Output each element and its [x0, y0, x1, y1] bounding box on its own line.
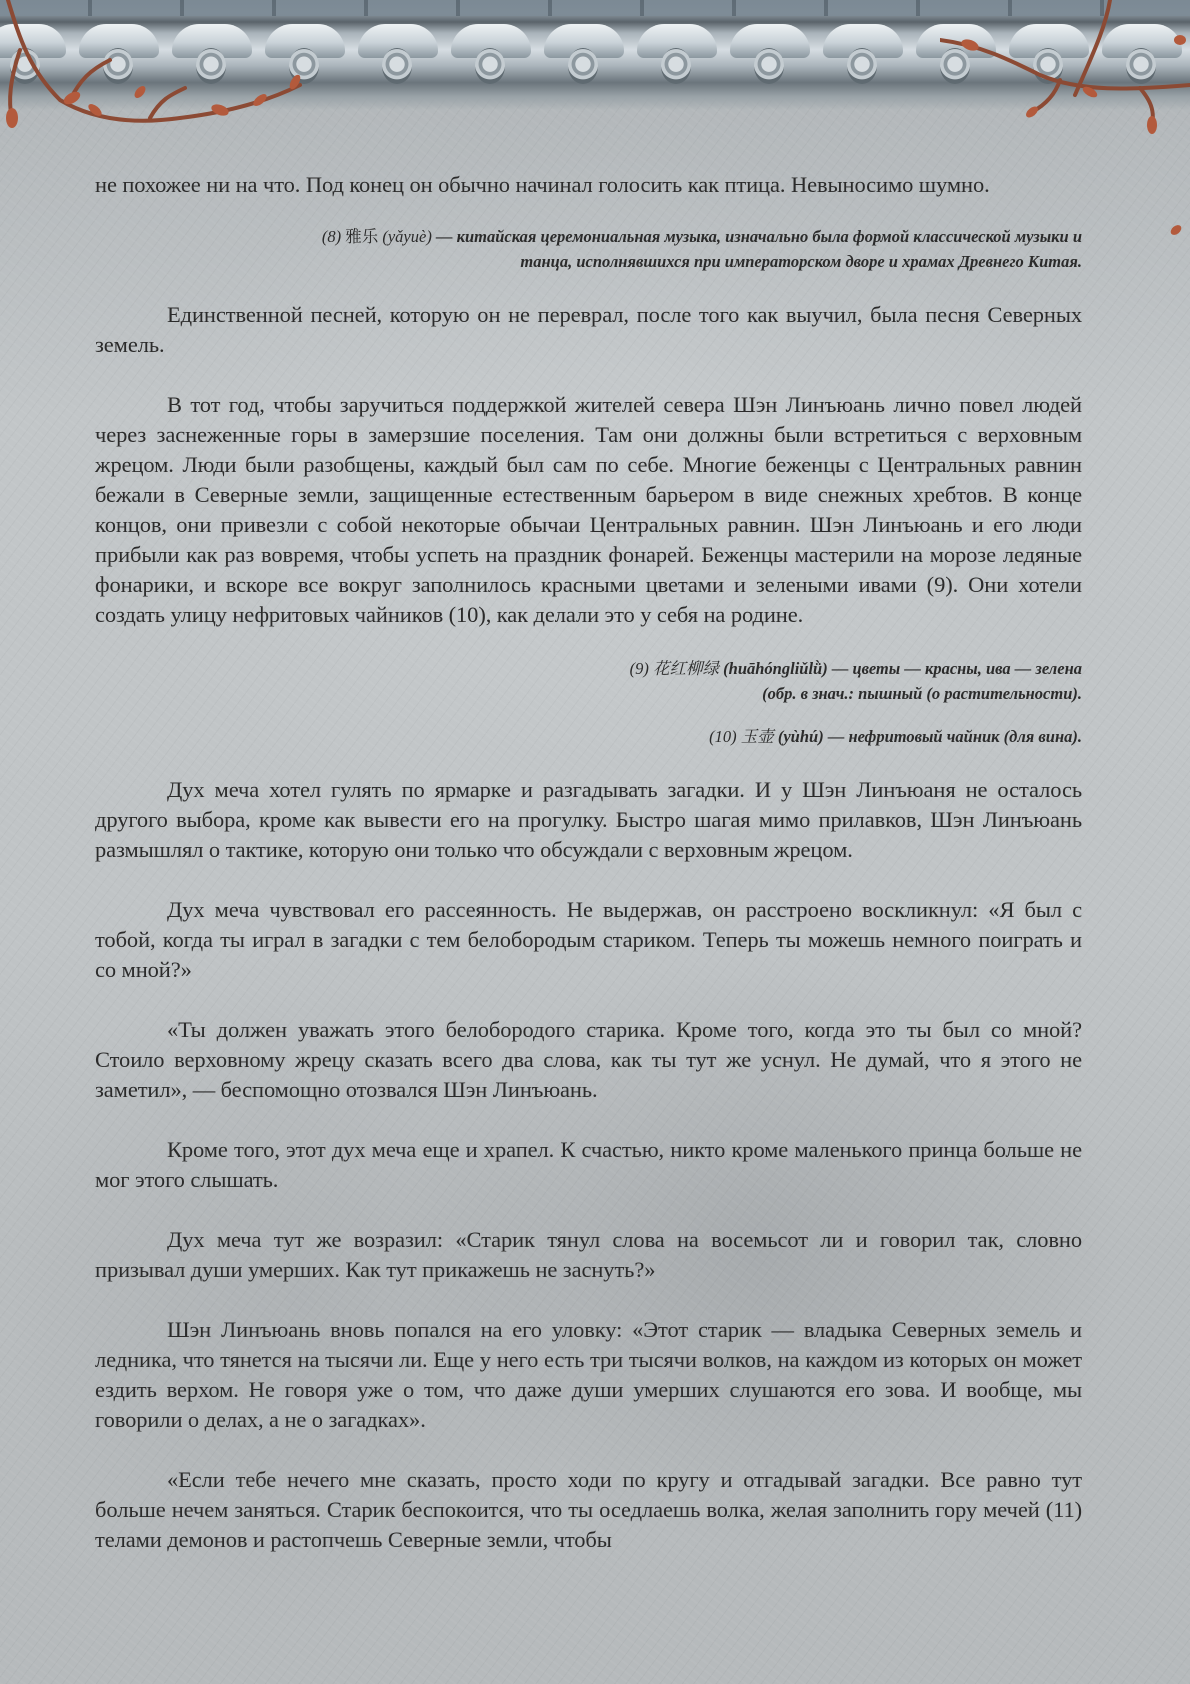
footnote-hanzi: 雅乐 [345, 227, 378, 246]
footnote-text-line1: — китайская церемониальная музыка, изнач… [436, 227, 1082, 246]
paragraph: В тот год, чтобы заручиться поддержкой ж… [95, 390, 1082, 630]
paragraph: не похожее ни на что. Под конец он обычн… [95, 170, 1082, 200]
footnote-hanzi: 玉壶 [741, 727, 774, 746]
footnote-text-line2: (обр. в знач.: пышный (о растительности)… [762, 684, 1082, 703]
footnote-pinyin: (yǎyuè) [382, 227, 431, 246]
paragraph: Дух меча чувствовал его рассеянность. Не… [95, 895, 1082, 985]
paragraph: «Ты должен уважать этого белобородого ст… [95, 1015, 1082, 1105]
roof-tiles-header-image [0, 0, 1190, 110]
paragraph: Кроме того, этот дух меча еще и храпел. … [95, 1135, 1082, 1195]
roof-tile-row [0, 18, 1190, 88]
paragraph: Дух меча хотел гулять по ярмарке и разга… [95, 775, 1082, 865]
footnote-text-line1: — нефритовый чайник (для вина). [828, 727, 1082, 746]
paragraph: Единственной песней, которую он не перев… [95, 300, 1082, 360]
footnote-number: (10) [709, 727, 737, 746]
footnote-number: (9) [630, 659, 649, 678]
footnote-10: (10) 玉壶 (yùhú) — нефритовый чайник (для … [95, 724, 1082, 749]
document-body: не похожее ни на что. Под конец он обычн… [95, 170, 1082, 1555]
footnote-number: (8) [322, 227, 341, 246]
footnote-pinyin: (huāhóngliǔlǜ) [723, 659, 828, 678]
footnote-8: (8) 雅乐 (yǎyuè) — китайская церемониальна… [95, 224, 1082, 274]
footnote-text-line2: танца, исполнявшихся при императорском д… [520, 252, 1082, 271]
footnote-hanzi: 花红柳绿 [653, 659, 719, 678]
paragraph: Дух меча тут же возразил: «Старик тянул … [95, 1225, 1082, 1285]
footnote-pinyin: (yùhú) [778, 727, 824, 746]
footnote-text-line1: — цветы — красны, ива — зелена [832, 659, 1082, 678]
paragraph: «Если тебе нечего мне сказать, просто хо… [95, 1465, 1082, 1555]
paragraph: Шэн Линъюань вновь попался на его уловку… [95, 1315, 1082, 1435]
roof-ridge [0, 0, 1190, 16]
footnote-9: (9) 花红柳绿 (huāhóngliǔlǜ) — цветы — красны… [95, 656, 1082, 706]
